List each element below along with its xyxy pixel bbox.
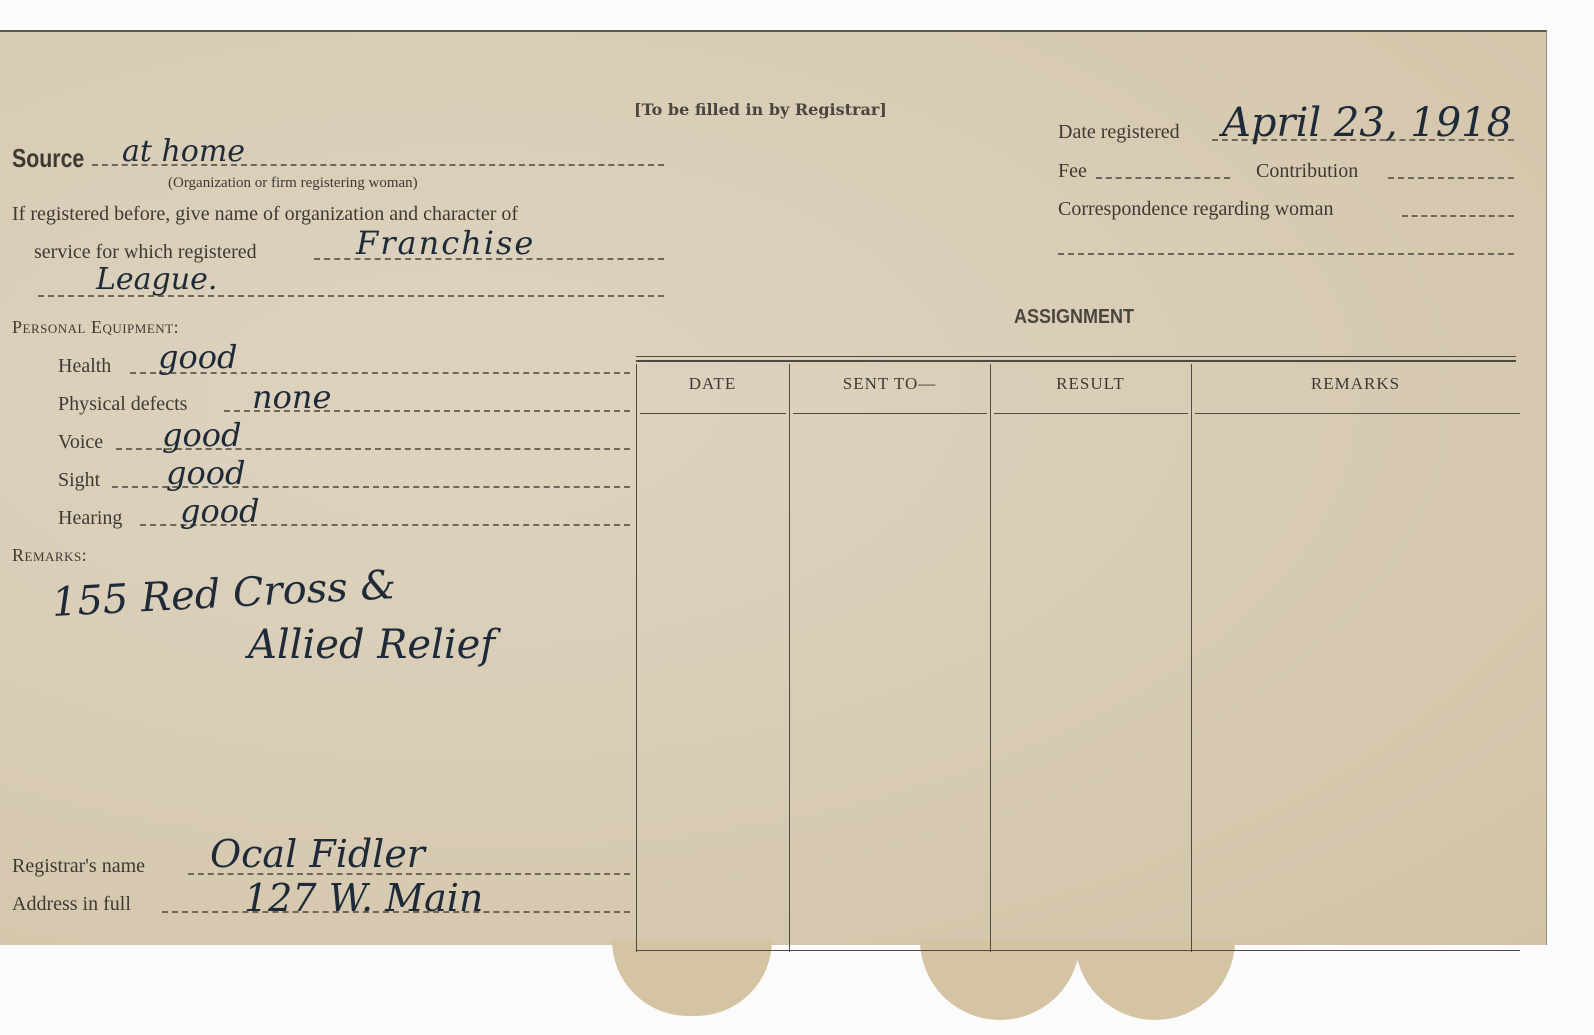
service-value-1[interactable]: Franchise bbox=[356, 224, 535, 262]
registrar-name-label: Registrar's name bbox=[12, 855, 145, 878]
assignment-title: ASSIGNMENT bbox=[1014, 306, 1134, 329]
header-rule-sent-to bbox=[793, 413, 987, 414]
table-border-left bbox=[636, 364, 637, 952]
contribution-label: Contribution bbox=[1256, 160, 1358, 183]
voice-label: Voice bbox=[58, 431, 103, 454]
sight-label: Sight bbox=[58, 469, 100, 492]
health-label: Health bbox=[58, 355, 111, 378]
correspondence-line[interactable] bbox=[1402, 215, 1514, 217]
source-value[interactable]: at home bbox=[122, 134, 245, 169]
remarks-line-2[interactable]: Allied Relief bbox=[248, 622, 495, 668]
physical-defects-value[interactable]: none bbox=[252, 378, 331, 416]
physical-defects-label: Physical defects bbox=[58, 393, 187, 416]
column-header-result: RESULT bbox=[990, 374, 1191, 394]
registrar-note: [To be filled in by Registrar] bbox=[634, 100, 887, 119]
correspondence-line-2[interactable] bbox=[1058, 253, 1514, 255]
fee-line[interactable] bbox=[1096, 177, 1230, 179]
card-tab-right bbox=[1075, 940, 1235, 1020]
table-divider-1 bbox=[789, 364, 790, 952]
correspondence-label: Correspondence regarding woman bbox=[1058, 198, 1333, 221]
personal-equipment-title: Personal Equipment: bbox=[12, 317, 179, 338]
source-label: Source bbox=[12, 143, 84, 174]
date-registered-value[interactable]: April 23, 1918 bbox=[1222, 100, 1512, 146]
column-header-sent-to: SENT TO— bbox=[789, 374, 990, 394]
fee-label: Fee bbox=[1058, 160, 1087, 183]
header-rule-date bbox=[640, 413, 786, 414]
contribution-line[interactable] bbox=[1388, 177, 1514, 179]
service-label: service for which registered bbox=[34, 241, 257, 264]
registered-before-label: If registered before, give name of organ… bbox=[12, 203, 518, 226]
hearing-label: Hearing bbox=[58, 507, 122, 530]
service-value-2[interactable]: League. bbox=[96, 262, 217, 297]
source-hint: (Organization or firm registering woman) bbox=[168, 175, 418, 192]
date-registered-label: Date registered bbox=[1058, 121, 1180, 144]
column-header-remarks: REMARKS bbox=[1191, 374, 1520, 394]
table-rule-top bbox=[636, 356, 1516, 357]
remarks-title: Remarks: bbox=[12, 545, 87, 566]
hearing-value[interactable]: good bbox=[180, 492, 260, 530]
sight-value[interactable]: good bbox=[166, 454, 246, 492]
table-divider-2 bbox=[990, 364, 991, 952]
table-rule-top-2 bbox=[636, 360, 1516, 362]
address-value[interactable]: 127 W. Main bbox=[244, 876, 483, 920]
table-rule-bottom bbox=[636, 950, 1520, 951]
header-rule-result bbox=[994, 413, 1188, 414]
table-divider-3 bbox=[1191, 364, 1192, 952]
voice-value[interactable]: good bbox=[162, 416, 242, 454]
address-label: Address in full bbox=[12, 893, 131, 916]
column-header-date: DATE bbox=[636, 374, 789, 394]
registrar-name-value[interactable]: Ocal Fidler bbox=[210, 832, 425, 876]
assignment-table: DATE SENT TO— RESULT REMARKS bbox=[636, 356, 1520, 952]
card-tab-middle bbox=[920, 940, 1080, 1020]
header-rule-remarks bbox=[1195, 413, 1520, 414]
health-value[interactable]: good bbox=[158, 338, 238, 376]
